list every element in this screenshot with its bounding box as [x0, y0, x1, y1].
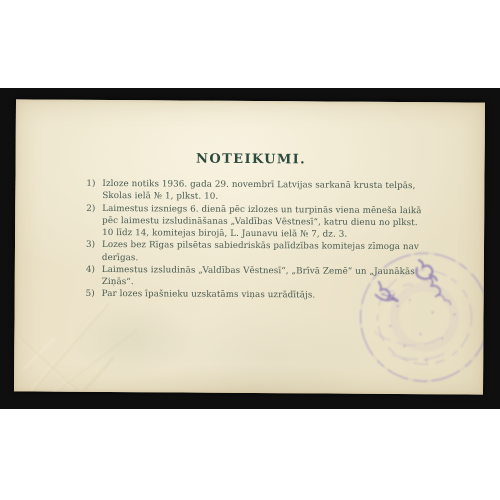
rule-2: 2) Laimestus izsniegs 6. dienā pēc izloz… — [86, 202, 415, 241]
rule-2-text: Laimestus izsniegs 6. dienā pēc izlozes … — [102, 203, 415, 242]
lottery-ticket-back: NOTEIKUMI. 1) Izloze notiks 1936. gada 2… — [14, 99, 485, 394]
rule-5-number: 5) — [86, 288, 102, 300]
rules-title: NOTEIKUMI. — [87, 151, 416, 168]
rule-1-text: Izloze notiks 1936. gada 29. novembrī La… — [102, 178, 415, 205]
rule-1: 1) Izloze notiks 1936. gada 29. novembrī… — [86, 178, 415, 205]
scan-canvas: NOTEIKUMI. 1) Izloze notiks 1936. gada 2… — [0, 0, 500, 500]
black-backdrop: NOTEIKUMI. 1) Izloze notiks 1936. gada 2… — [0, 88, 500, 409]
rule-2-number: 2) — [86, 202, 102, 214]
rule-3-number: 3) — [86, 239, 102, 251]
rule-1-number: 1) — [86, 178, 102, 190]
rule-4-number: 4) — [86, 264, 102, 276]
faded-ink-stamp — [334, 242, 485, 395]
